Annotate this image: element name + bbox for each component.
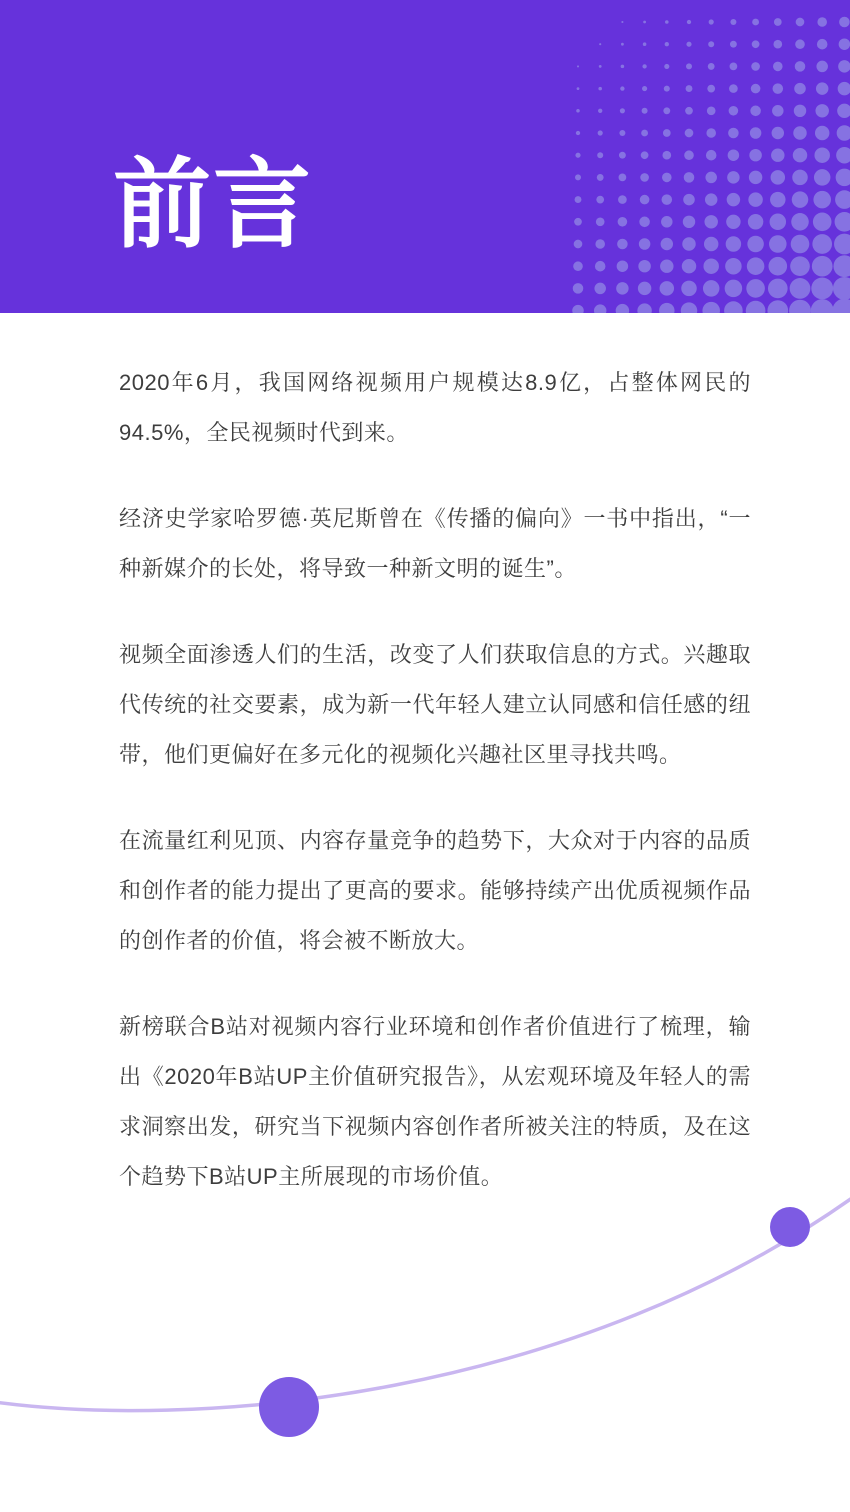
paragraph: 新榜联合B站对视频内容行业环境和创作者价值进行了梳理，输出《2020年B站UP主… [119,1002,751,1202]
paragraph: 在流量红利见顶、内容存量竞争的趋势下，大众对于内容的品质和创作者的能力提出了更高… [119,816,751,966]
paragraph: 2020年6月，我国网络视频用户规模达8.9亿，占整体网民的94.5%，全民视频… [119,358,751,458]
report-page: 前言 2020年6月，我国网络视频用户规模达8.9亿，占整体网民的94.5%，全… [0,0,850,1512]
paragraph: 视频全面渗透人们的生活，改变了人们获取信息的方式。兴趣取代传统的社交要素，成为新… [119,630,751,780]
halftone-dot-pattern [560,0,850,313]
body-text: 2020年6月，我国网络视频用户规模达8.9亿，占整体网民的94.5%，全民视频… [119,358,751,1238]
header-banner: 前言 [0,0,850,313]
paragraph: 经济史学家哈罗德·英尼斯曾在《传播的偏向》一书中指出，“一种新媒介的长处，将导致… [119,494,751,594]
decorative-circles [259,1207,810,1437]
page-title: 前言 [113,155,313,253]
